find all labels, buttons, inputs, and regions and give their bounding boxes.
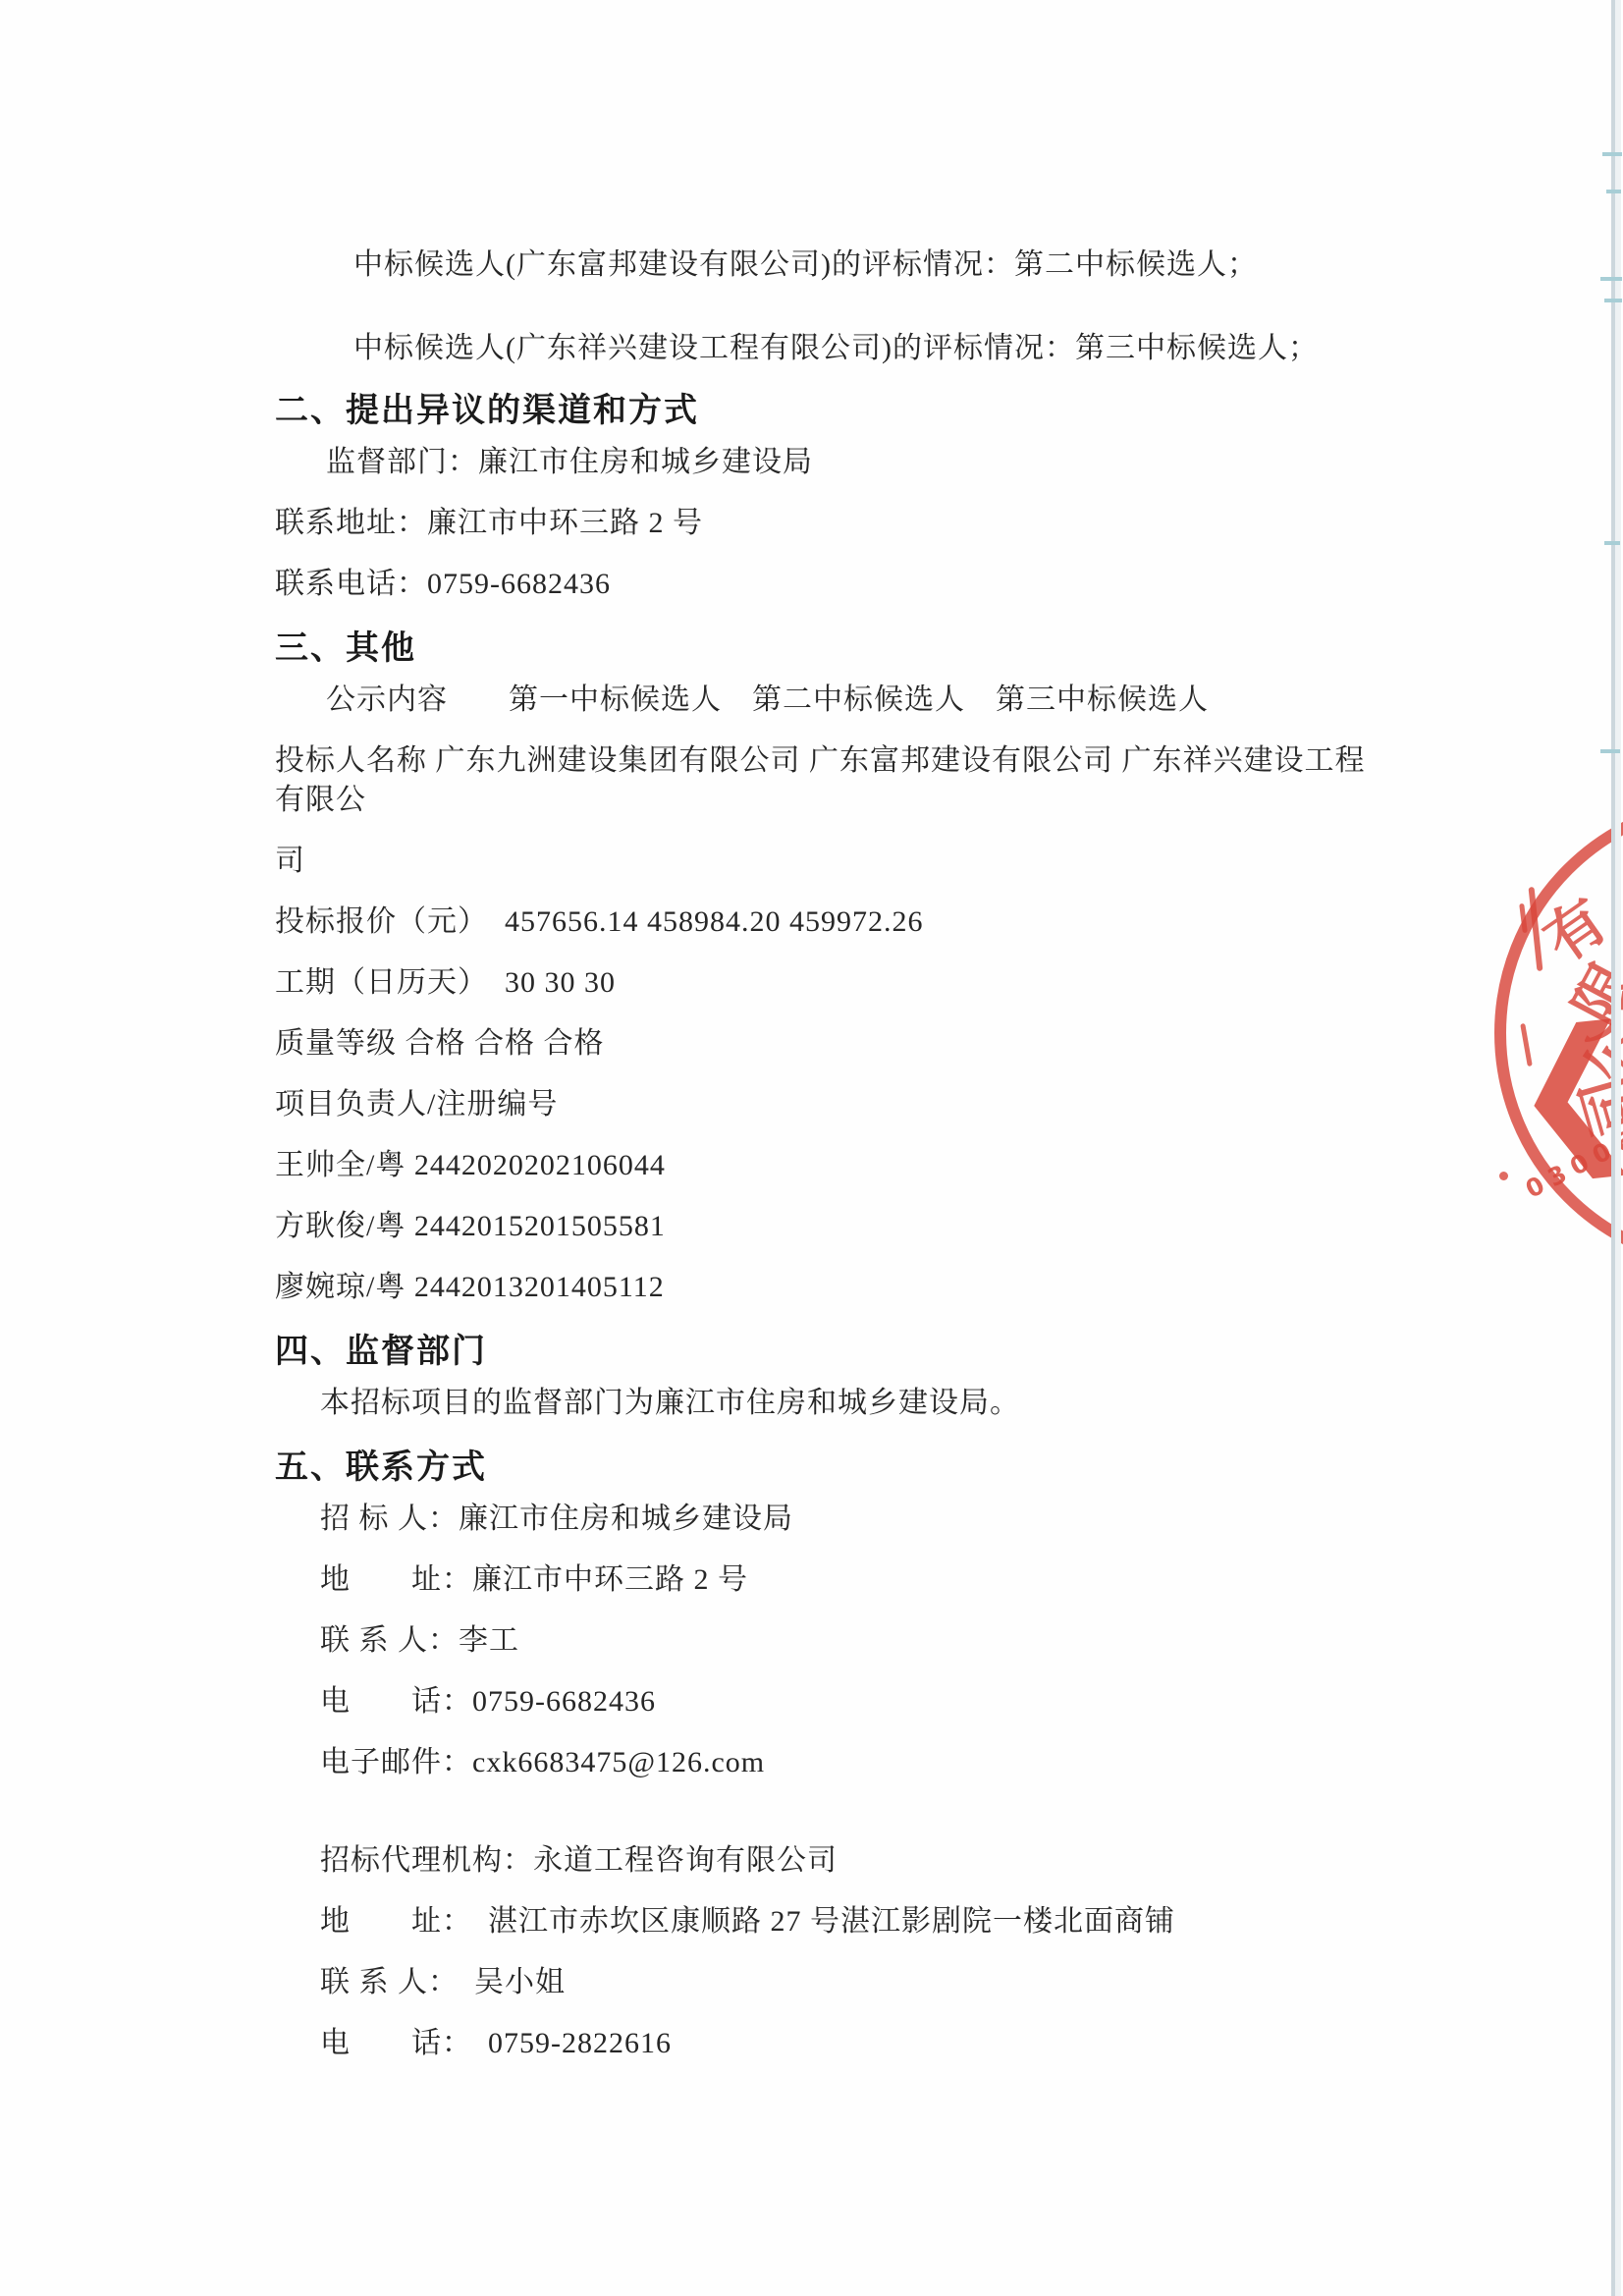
section4-heading: 四、监督部门 <box>275 1329 1384 1374</box>
scanned-document-page: 中标候选人(广东富邦建设有限公司)的评标情况：第二中标候选人； 中标候选人(广东… <box>0 0 1623 2296</box>
section2-heading: 二、提出异议的渠道和方式 <box>275 388 1384 433</box>
seal-ink-mark <box>1529 887 1543 971</box>
scan-artifact-tick <box>1604 299 1622 302</box>
page-edge-shadow <box>1615 0 1621 2296</box>
scan-artifact-tick <box>1600 749 1620 753</box>
tenderer-contact-line: 联 系 人：李工 <box>275 1621 1384 1661</box>
section5-heading: 五、联系方式 <box>275 1445 1384 1490</box>
scan-artifact-tick <box>1600 277 1622 281</box>
contact-phone-line: 联系电话：0759-6682436 <box>275 565 1384 604</box>
seal-character: 有 <box>1535 890 1617 972</box>
supervision-statement-line: 本招标项目的监督部门为廉江市住房和城乡建设局。 <box>275 1384 1384 1423</box>
eval-result-line-fubang: 中标候选人(广东富邦建设有限公司)的评标情况：第二中标候选人； <box>275 246 1384 285</box>
supervision-dept-line: 监督部门：廉江市住房和城乡建设局 <box>275 443 1384 482</box>
tenderer-email-line: 电子邮件：cxk6683475@126.com <box>275 1743 1384 1782</box>
scan-artifact-tick <box>1604 541 1620 545</box>
tenderer-line: 招 标 人：廉江市住房和城乡建设局 <box>275 1500 1384 1539</box>
bidder-names-row: 投标人名称 广东九洲建设集团有限公司 广东富邦建设有限公司 广东祥兴建设工程有限… <box>275 741 1384 820</box>
agency-phone-line: 电 话： 0759-2822616 <box>275 2024 1384 2063</box>
tenderer-address-line: 地 址：廉江市中环三路 2 号 <box>275 1560 1384 1600</box>
agency-address-line: 地 址： 湛江市赤坎区康顺路 27 号湛江影剧院一楼北面商铺 <box>275 1902 1384 1941</box>
scan-artifact-tick <box>1602 152 1622 156</box>
project-manager-header-row: 项目负责人/注册编号 <box>275 1085 1384 1124</box>
project-manager-row-1: 王帅全/粤 2442020202106044 <box>275 1146 1384 1185</box>
agency-line: 招标代理机构：永道工程咨询有限公司 <box>275 1841 1384 1881</box>
agency-contact-line: 联 系 人： 吴小姐 <box>275 1963 1384 2002</box>
seal-ink-mark <box>1520 1023 1533 1066</box>
tenderer-phone-line: 电 话：0759-6682436 <box>275 1682 1384 1722</box>
project-manager-row-2: 方耿俊/粤 2442015201505581 <box>275 1207 1384 1246</box>
section3-heading: 三、其他 <box>275 626 1384 671</box>
seal-serial-digits: 0300618 <box>1521 1099 1623 1204</box>
seal-ink-dot <box>1499 1172 1508 1180</box>
duration-row: 工期（日历天） 30 30 30 <box>275 963 1384 1003</box>
project-manager-row-3: 廖婉琼/粤 2442013201405112 <box>275 1268 1384 1307</box>
page-edge-line <box>1611 0 1615 2296</box>
publicity-content-row: 公示内容 第一中标候选人 第二中标候选人 第三中标候选人 <box>275 681 1384 720</box>
quality-grade-row: 质量等级 合格 合格 合格 <box>275 1024 1384 1064</box>
contact-address-line: 联系地址：廉江市中环三路 2 号 <box>275 504 1384 543</box>
bidder-names-row-wrap: 司 <box>275 842 1384 881</box>
seal-ring <box>1494 795 1623 1271</box>
document-body: 中标候选人(广东富邦建设有限公司)的评标情况：第二中标候选人； 中标候选人(广东… <box>275 246 1384 2085</box>
eval-result-line-xiangxing: 中标候选人(广东祥兴建设工程有限公司)的评标情况：第三中标候选人； <box>275 329 1384 368</box>
scan-artifact-tick <box>1606 190 1621 193</box>
seal-ink-mark <box>1519 903 1528 933</box>
bid-price-row: 投标报价（元） 457656.14 458984.20 459972.26 <box>275 902 1384 942</box>
seal-star-icon: ❮ <box>1502 1003 1623 1173</box>
